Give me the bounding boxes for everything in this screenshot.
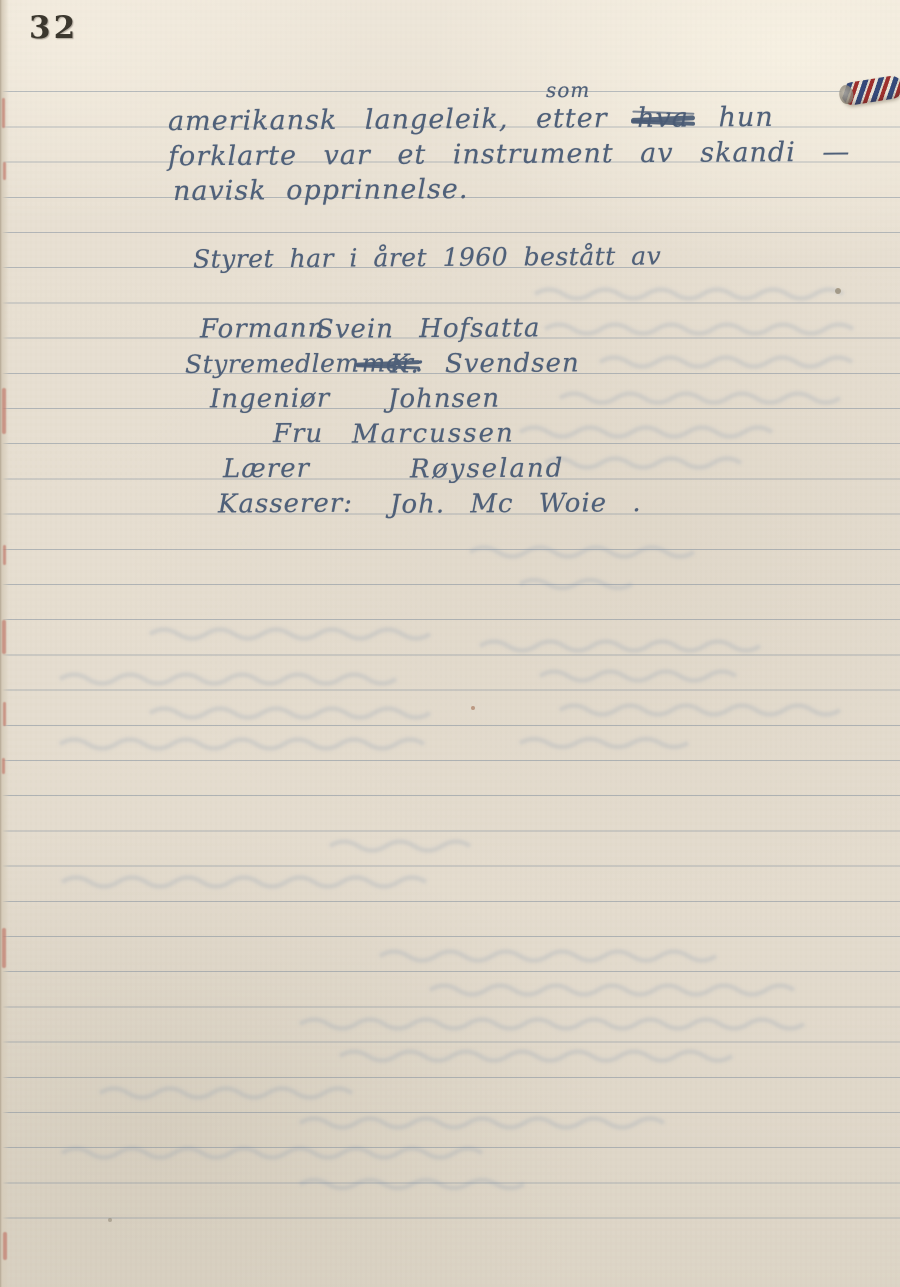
board-name: K. Svendsen (390, 348, 580, 379)
board-name: Marcussen (352, 418, 515, 449)
board-role: Styremedlemmer: (185, 348, 425, 379)
board-name: Røyseland (410, 453, 565, 484)
red-edge-mark (3, 1232, 7, 1260)
red-edge-mark (2, 758, 5, 774)
heading-line: Styret har i året 1960 bestått av (193, 241, 661, 273)
paper-stain (835, 288, 841, 294)
board-name: Joh. Mc Woie . (390, 488, 642, 520)
line1-text: amerikansk langeleik, etter (168, 103, 608, 137)
red-edge-mark (2, 388, 6, 434)
red-edge-mark (3, 702, 6, 726)
paper-stain (108, 1218, 112, 1222)
board-role: Kasserer: (218, 489, 353, 520)
board-role: Lærer (223, 454, 310, 485)
page-number: 32 (29, 10, 78, 46)
red-edge-mark (3, 162, 6, 180)
crossed-out-word: hva (635, 102, 691, 133)
handwritten-line: amerikansk langeleik, etter hva hun (168, 102, 774, 137)
red-edge-mark (2, 98, 5, 128)
board-role: Ingeniør (210, 384, 330, 415)
ruled-lines (0, 57, 900, 1220)
board-role: Formann (200, 314, 326, 345)
bookmark-cord-icon (840, 74, 900, 106)
paper-stain (471, 706, 475, 710)
role-text: Styremedlem (185, 349, 360, 379)
board-name: Svein Hofsatta (316, 313, 541, 345)
board-name: Johnsen (388, 384, 500, 415)
handwritten-line: navisk opprinnelse. (173, 174, 469, 207)
line1-text-end: hun (718, 102, 773, 133)
inserted-word: som (546, 78, 590, 102)
red-edge-mark (2, 928, 6, 968)
red-edge-mark (3, 545, 6, 565)
red-edge-mark (2, 620, 6, 654)
notebook-page: 32 som amerikansk langeleik, etter hva h… (0, 0, 900, 1287)
board-role: Fru (273, 419, 323, 449)
handwritten-line: forklarte var et instrument av skandi — (168, 137, 851, 173)
